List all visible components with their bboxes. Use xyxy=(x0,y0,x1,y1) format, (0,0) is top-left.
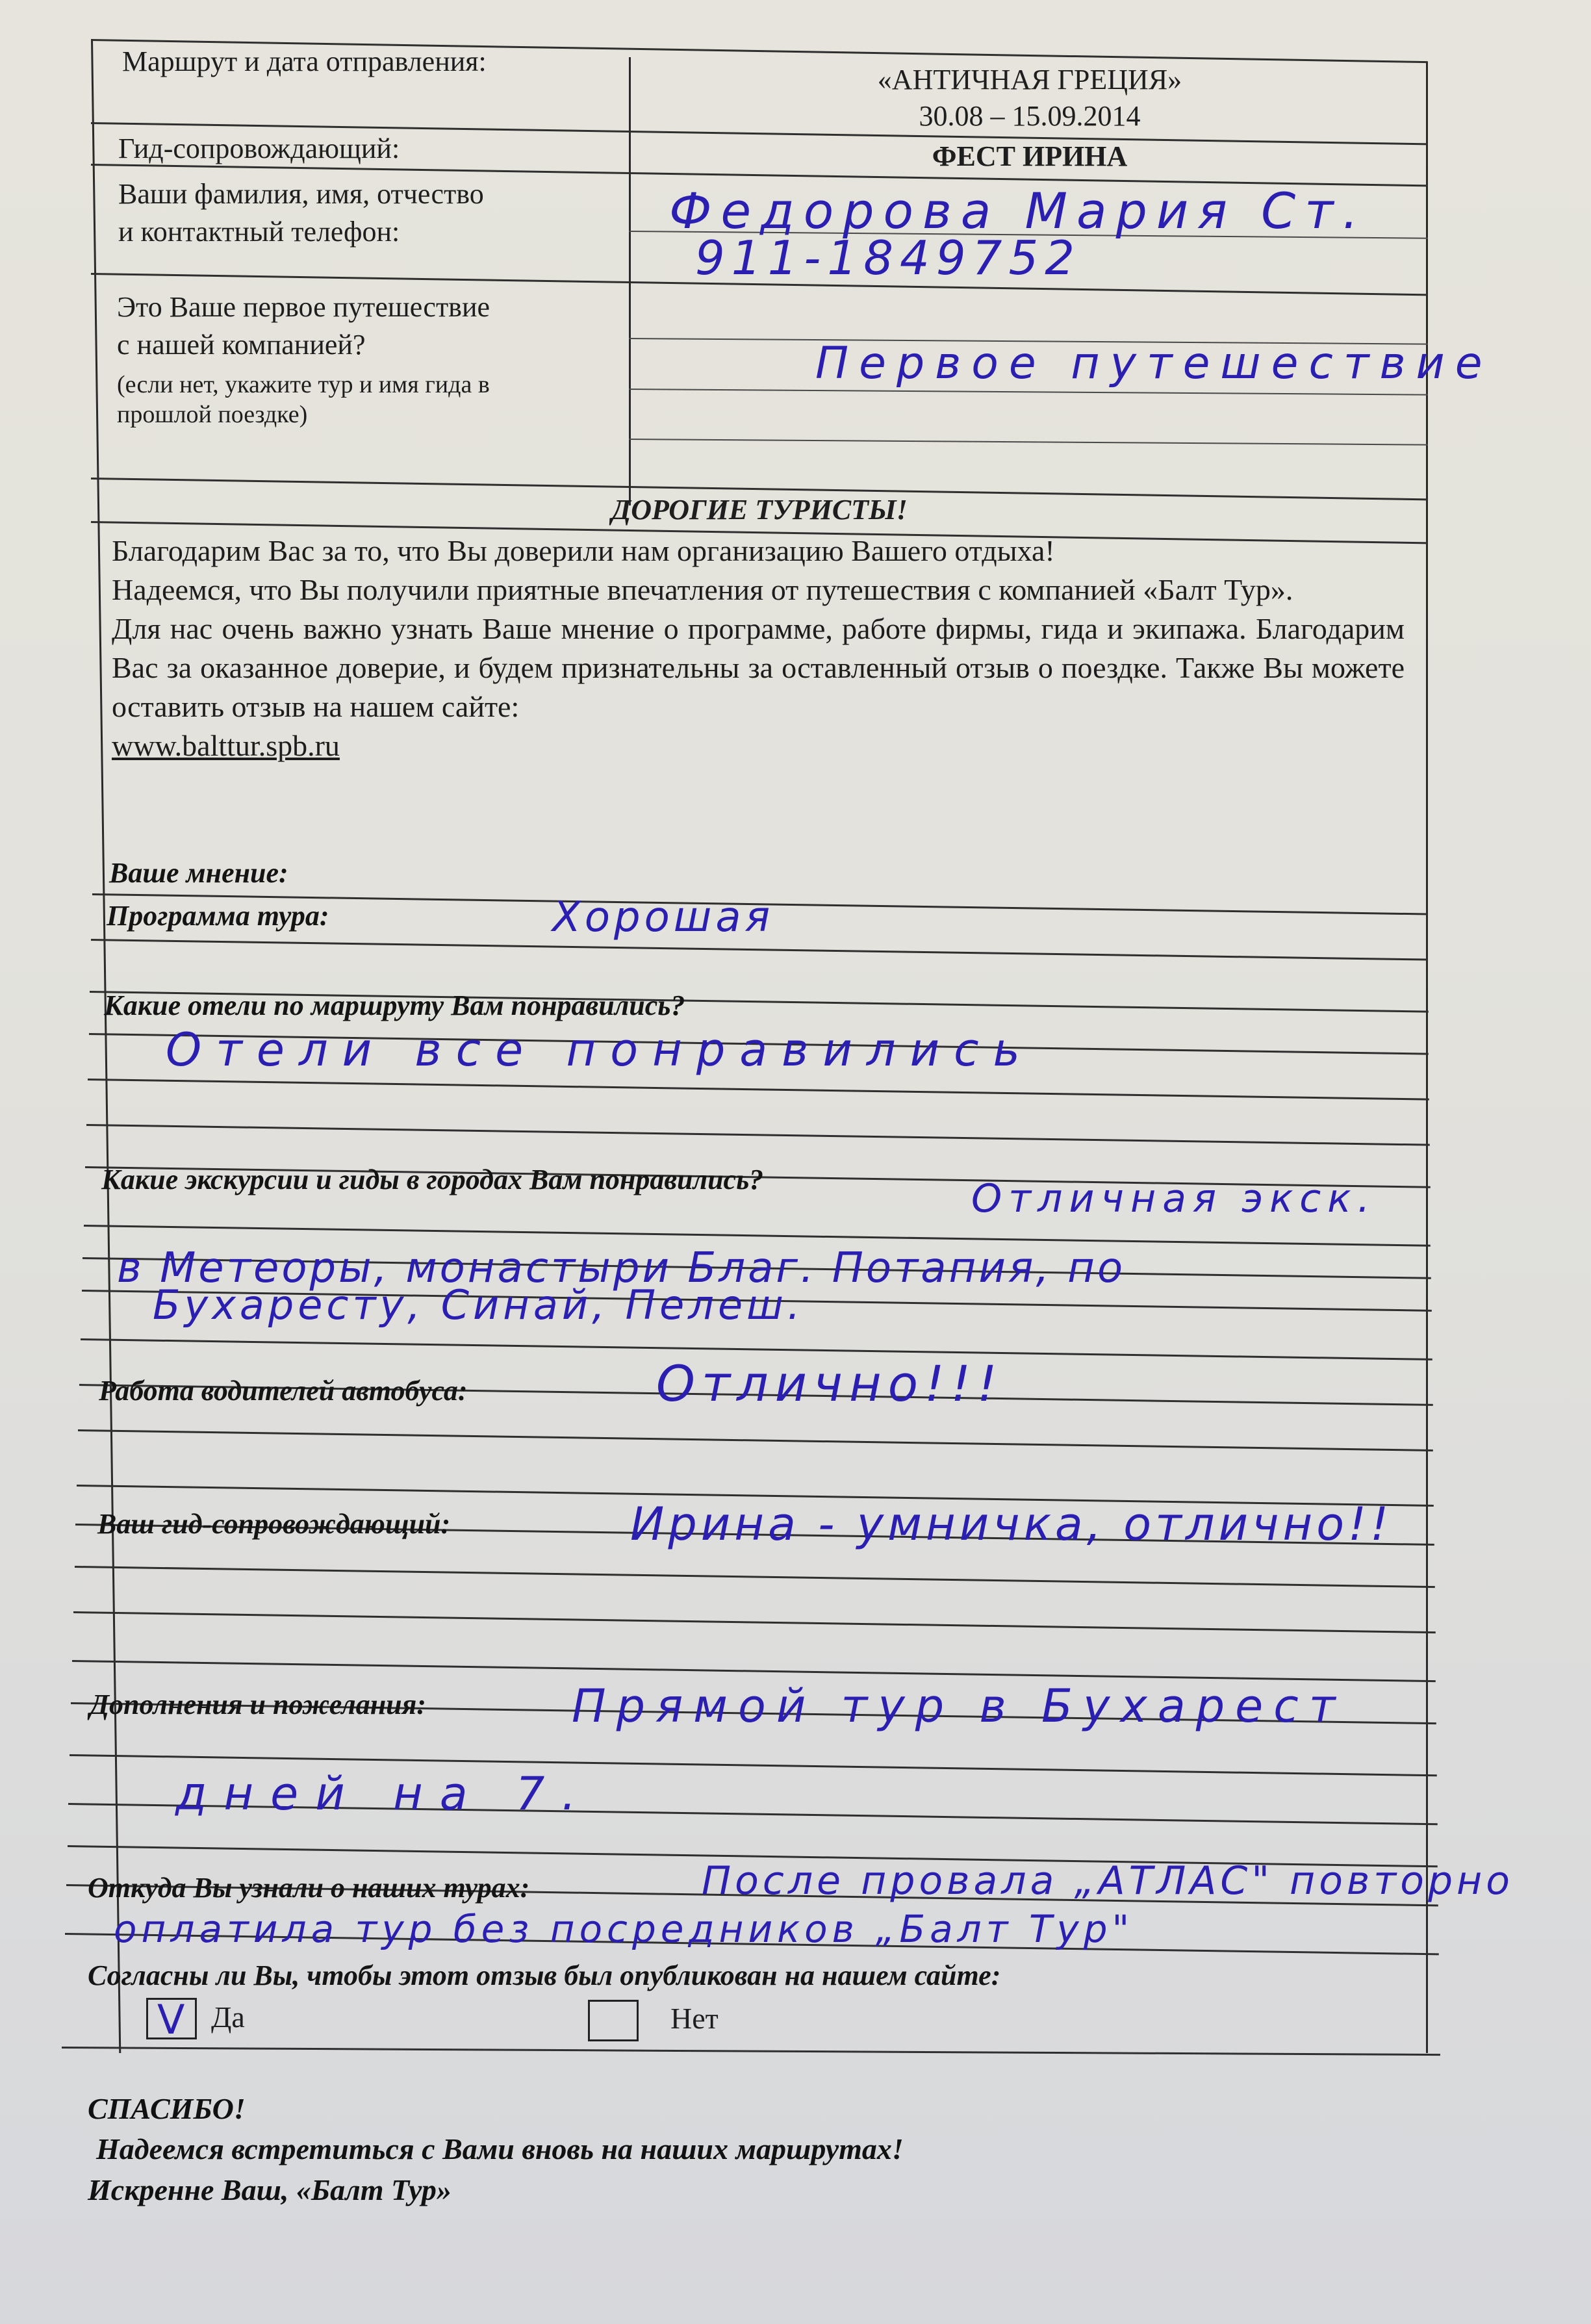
guide-label: Гид-сопровождающий: xyxy=(118,131,400,166)
footer-hope: Надеемся встретиться с Вами вновь на наш… xyxy=(96,2129,904,2169)
first-trip-label-line1: Это Ваше первое путешествие xyxy=(117,290,490,325)
publish-yes-checkbox[interactable]: V xyxy=(146,1998,197,2039)
publish-no-checkbox[interactable] xyxy=(588,2000,639,2041)
intro-paragraph-2: Надеемся, что Вы получили приятные впеча… xyxy=(112,570,1405,609)
footer-thanks: СПАСИБО! xyxy=(88,2089,246,2129)
answer-excursions-line3[interactable]: Бухаресту, Синай, Пелеш. xyxy=(153,1281,804,1329)
answer-source-line2[interactable]: оплатила тур без посредников „Балт Тур" xyxy=(114,1907,1134,1951)
opinion-heading: Ваше мнение: xyxy=(109,856,288,889)
question-hotels: Какие отели по маршруту Вам понравились? xyxy=(104,989,685,1022)
guide-value: ФЕСТ ИРИНА xyxy=(633,139,1426,174)
phone-value-handwritten[interactable]: 911-1849752 xyxy=(695,231,1081,285)
feedback-form-page: Маршрут и дата отправления: «АНТИЧНАЯ ГР… xyxy=(0,0,1591,2324)
name-label-line2: и контактный телефон: xyxy=(118,214,400,249)
route-dates: 30.08 – 15.09.2014 xyxy=(633,99,1426,134)
answer-hotels[interactable]: Отели все понравились xyxy=(166,1023,1034,1077)
intro-text: Благодарим Вас за то, что Вы доверили на… xyxy=(112,531,1405,765)
first-trip-value-handwritten[interactable]: Первое путешествие xyxy=(815,338,1493,389)
answer-excursions-line1[interactable]: Отличная экск. xyxy=(971,1176,1377,1221)
ruled-line xyxy=(75,1566,1435,1588)
route-label: Маршрут и дата отправления: xyxy=(122,44,487,79)
question-source: Откуда Вы узнали о наших турах: xyxy=(88,1871,529,1904)
answer-bus-drivers[interactable]: Отлично!!! xyxy=(656,1355,1004,1412)
question-excursions: Какие экскурсии и гиды в городах Вам пон… xyxy=(101,1163,763,1196)
intro-heading: ДОРОГИЕ ТУРИСТЫ! xyxy=(91,492,1428,528)
intro-paragraph-1: Благодарим Вас за то, что Вы доверили на… xyxy=(112,531,1405,570)
ruled-line xyxy=(73,1611,1436,1633)
first-trip-hint-line1: (если нет, укажите тур и имя гида в xyxy=(117,369,490,400)
check-mark-icon: V xyxy=(157,1996,185,2043)
ruled-line xyxy=(84,1225,1431,1247)
publish-question: Согласны ли Вы, чтобы этот отзыв был опу… xyxy=(88,1959,1000,1992)
ruled-line xyxy=(91,939,1428,961)
publish-no-label: Нет xyxy=(670,2001,719,2036)
row-line xyxy=(629,439,1428,446)
question-guide: Ваш гид-сопровождающий: xyxy=(97,1507,450,1540)
ruled-line xyxy=(88,1079,1429,1101)
question-tour-program: Программа тура: xyxy=(107,899,329,932)
route-title: «АНТИЧНАЯ ГРЕЦИЯ» xyxy=(633,62,1426,97)
ruled-line xyxy=(86,1124,1430,1146)
answer-guide[interactable]: Ирина - умничка, отлично!! xyxy=(630,1498,1392,1551)
name-label-line1: Ваши фамилия, имя, отчество xyxy=(118,177,484,212)
answer-wishes-line2[interactable]: дней на 7. xyxy=(175,1767,593,1820)
intro-paragraph-3: Для нас очень важно узнать Ваше мнение о… xyxy=(112,609,1405,726)
answer-source-line1[interactable]: После провала „АТЛАС" повторно xyxy=(702,1858,1514,1904)
question-bus-drivers: Работа водителей автобуса: xyxy=(99,1374,468,1407)
first-trip-label-line2: с нашей компанией? xyxy=(117,327,366,363)
footer-signature: Искренне Ваш, «Балт Тур» xyxy=(88,2170,452,2210)
question-wishes: Дополнения и пожелания: xyxy=(90,1688,426,1721)
answer-wishes-line1[interactable]: Прямой тур в Бухарест xyxy=(572,1679,1345,1733)
table-bottom-line xyxy=(62,2047,1440,2056)
answer-tour-program[interactable]: Хорошая xyxy=(552,893,774,941)
publish-yes-label: Да xyxy=(211,2000,245,2034)
ruled-line xyxy=(78,1429,1433,1451)
website-link[interactable]: www.balttur.spb.ru xyxy=(112,729,340,762)
first-trip-hint-line2: прошлой поездке) xyxy=(117,399,307,430)
row-line xyxy=(629,389,1428,396)
